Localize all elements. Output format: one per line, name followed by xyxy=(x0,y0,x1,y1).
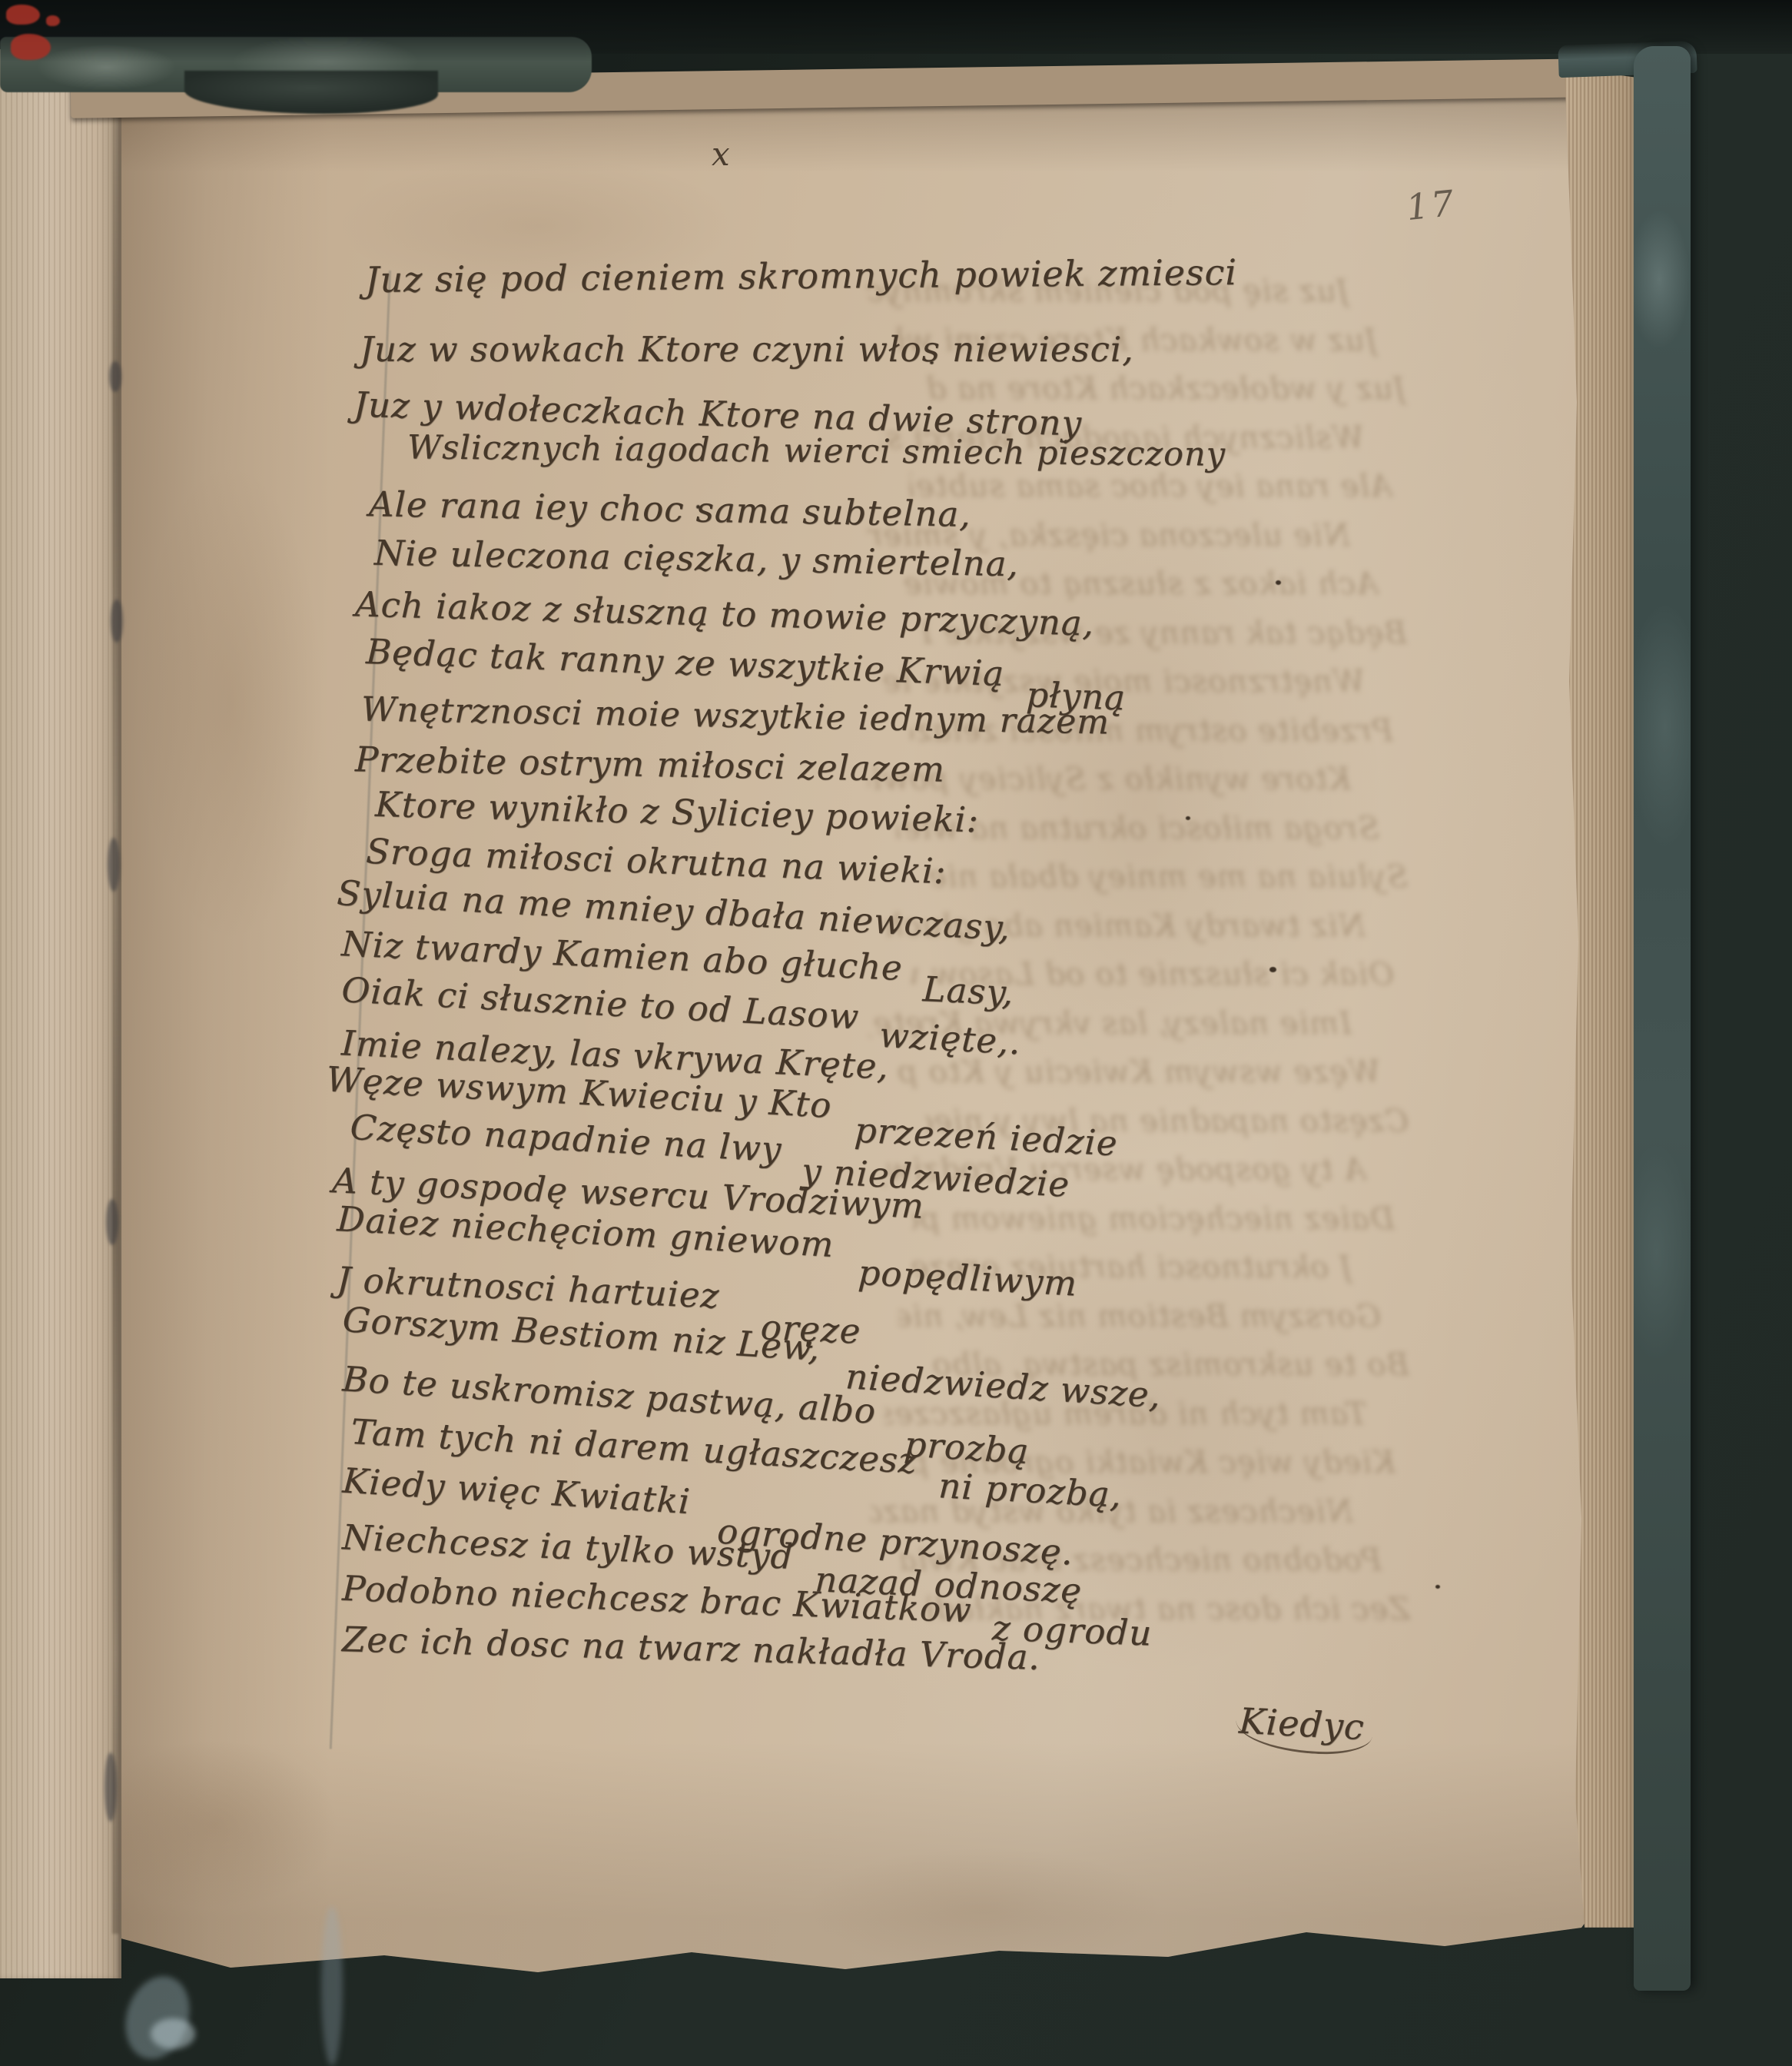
crease-smudge xyxy=(108,838,120,892)
poem-line-2: Juz w sowkach Ktore czyni włos niewiesci… xyxy=(360,329,1134,370)
red-edge-mark xyxy=(46,15,60,26)
crease-smudge xyxy=(106,1199,118,1245)
page-number: 17 xyxy=(1404,182,1458,228)
top-cross-mark: x xyxy=(712,135,730,173)
ink-speck xyxy=(1435,1585,1440,1589)
bleedthrough-line: Ale rana iey choc sama subtelna, xyxy=(910,469,1392,504)
ink-speck xyxy=(1269,967,1276,972)
poem-line-1: Juz się pod cieniem skromnych powiek zmi… xyxy=(365,251,1237,301)
bottom-gloss-highlight xyxy=(321,1906,343,2066)
bleedthrough-line: Syluia na me mniey dbała niewczasy, xyxy=(925,859,1408,895)
poem-line-main: Juz w sowkach Ktore czyni włos niewiesci… xyxy=(360,329,1134,370)
left-page-stack-edge xyxy=(0,49,121,1978)
ink-speck xyxy=(1186,816,1190,820)
poem-line-main: Wslicznych iagodach wierci smiech pieszc… xyxy=(407,428,1226,473)
poem-line-4: Wslicznych iagodach wierci smiech pieszc… xyxy=(407,428,1226,473)
red-edge-mark xyxy=(11,34,51,60)
poem-line-main: Juz się pod cieniem skromnych powiek zmi… xyxy=(365,251,1237,301)
crease-smudge xyxy=(111,600,123,643)
poem-line-tail: wzięte,. xyxy=(867,1014,1022,1062)
bottom-gloss-highlight xyxy=(151,2018,195,2049)
bleedthrough-line: Gorszym Bestiom niz Lew, niedzwiedz wsze… xyxy=(898,1299,1381,1334)
red-edge-mark xyxy=(6,5,40,25)
gutter-crease xyxy=(112,66,119,1934)
ink-speck xyxy=(1276,580,1281,585)
bleedthrough-line: Daiez niechęciom gniewom popędliwym xyxy=(912,1201,1395,1237)
crease-smudge xyxy=(109,361,121,392)
manuscript-scan: Juz się pod cieniem skromnych powiek zmi… xyxy=(0,0,1792,2066)
crease-smudge xyxy=(105,1752,117,1822)
cover-edge-right xyxy=(1634,46,1691,1991)
bottom-gloss-highlight xyxy=(115,1968,200,2066)
